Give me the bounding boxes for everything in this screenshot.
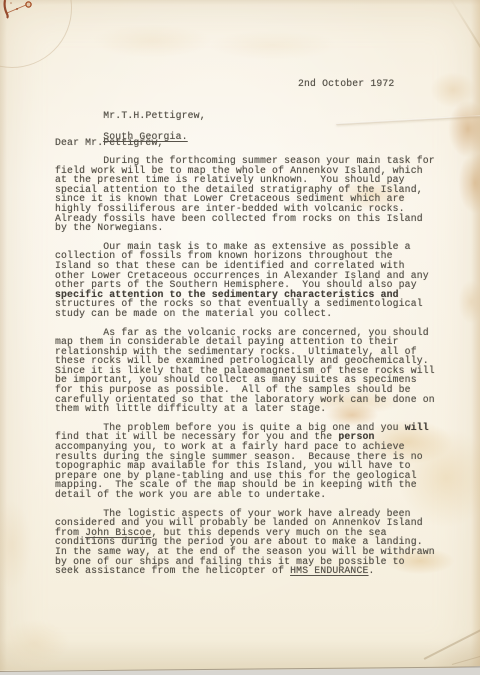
paragraph: Our main task is to make as extensive as… bbox=[55, 242, 455, 319]
letter-text: Our main task is to make as extensive as… bbox=[55, 241, 429, 290]
salutation: Dear Mr.Pettigrew, bbox=[55, 138, 164, 148]
paper-sheet: 2nd October 1972 Mr.T.H.Pettigrew, South… bbox=[0, 0, 480, 675]
letter-text: will bbox=[405, 422, 429, 433]
letter-text: As far as the volcanic rocks are concern… bbox=[55, 327, 435, 415]
letter-text: structures of the rocks so that eventual… bbox=[55, 298, 423, 319]
letter-text: accompanying you, to work at a fairly ha… bbox=[55, 441, 423, 500]
scanned-letter-page: 2nd October 1972 Mr.T.H.Pettigrew, South… bbox=[0, 0, 480, 675]
letter-text: During the forthcoming summer season you… bbox=[55, 155, 435, 233]
underlined-text: HMS ENDURANCE bbox=[290, 565, 368, 576]
letter-date: 2nd October 1972 bbox=[298, 79, 394, 89]
paragraph: The logistic aspects of your work have a… bbox=[55, 509, 455, 576]
letter-body: During the forthcoming summer season you… bbox=[55, 156, 455, 585]
paragraph: During the forthcoming summer season you… bbox=[55, 156, 455, 233]
letter-text: . bbox=[369, 565, 375, 576]
recipient-name: Mr.T.H.Pettigrew, bbox=[103, 110, 206, 121]
paragraph: The problem before you is quite a big on… bbox=[55, 423, 455, 500]
letter-content: 2nd October 1972 Mr.T.H.Pettigrew, South… bbox=[0, 0, 480, 675]
paragraph: As far as the volcanic rocks are concern… bbox=[55, 328, 455, 414]
